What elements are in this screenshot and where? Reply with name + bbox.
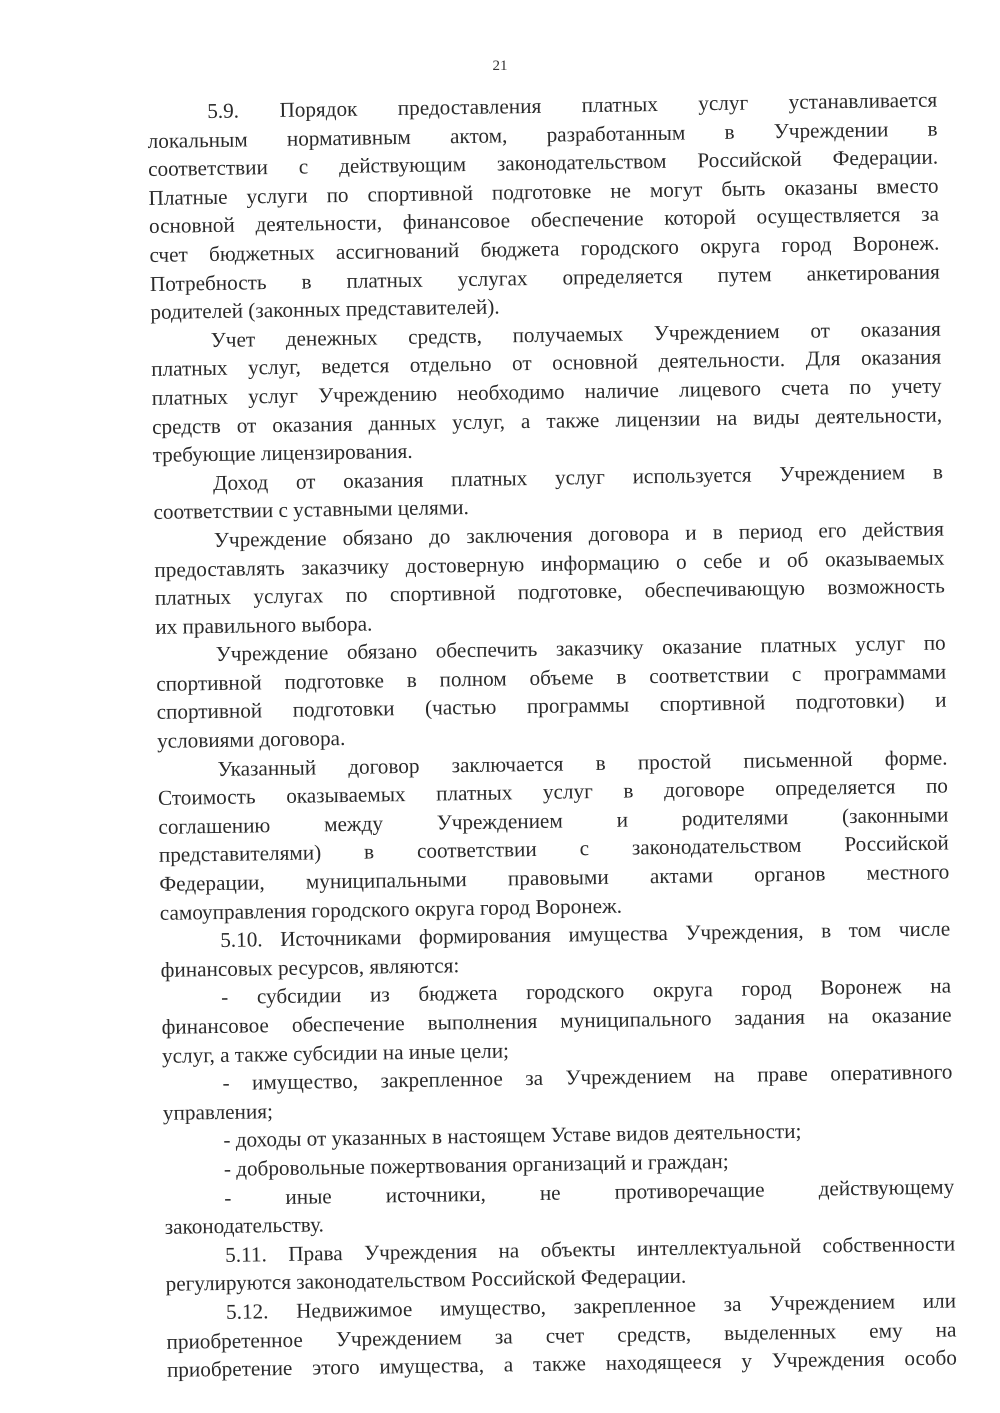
document-body: 5.9. Порядок предоставления платных услу… [147,86,957,1385]
page-number: 21 [0,58,1000,75]
